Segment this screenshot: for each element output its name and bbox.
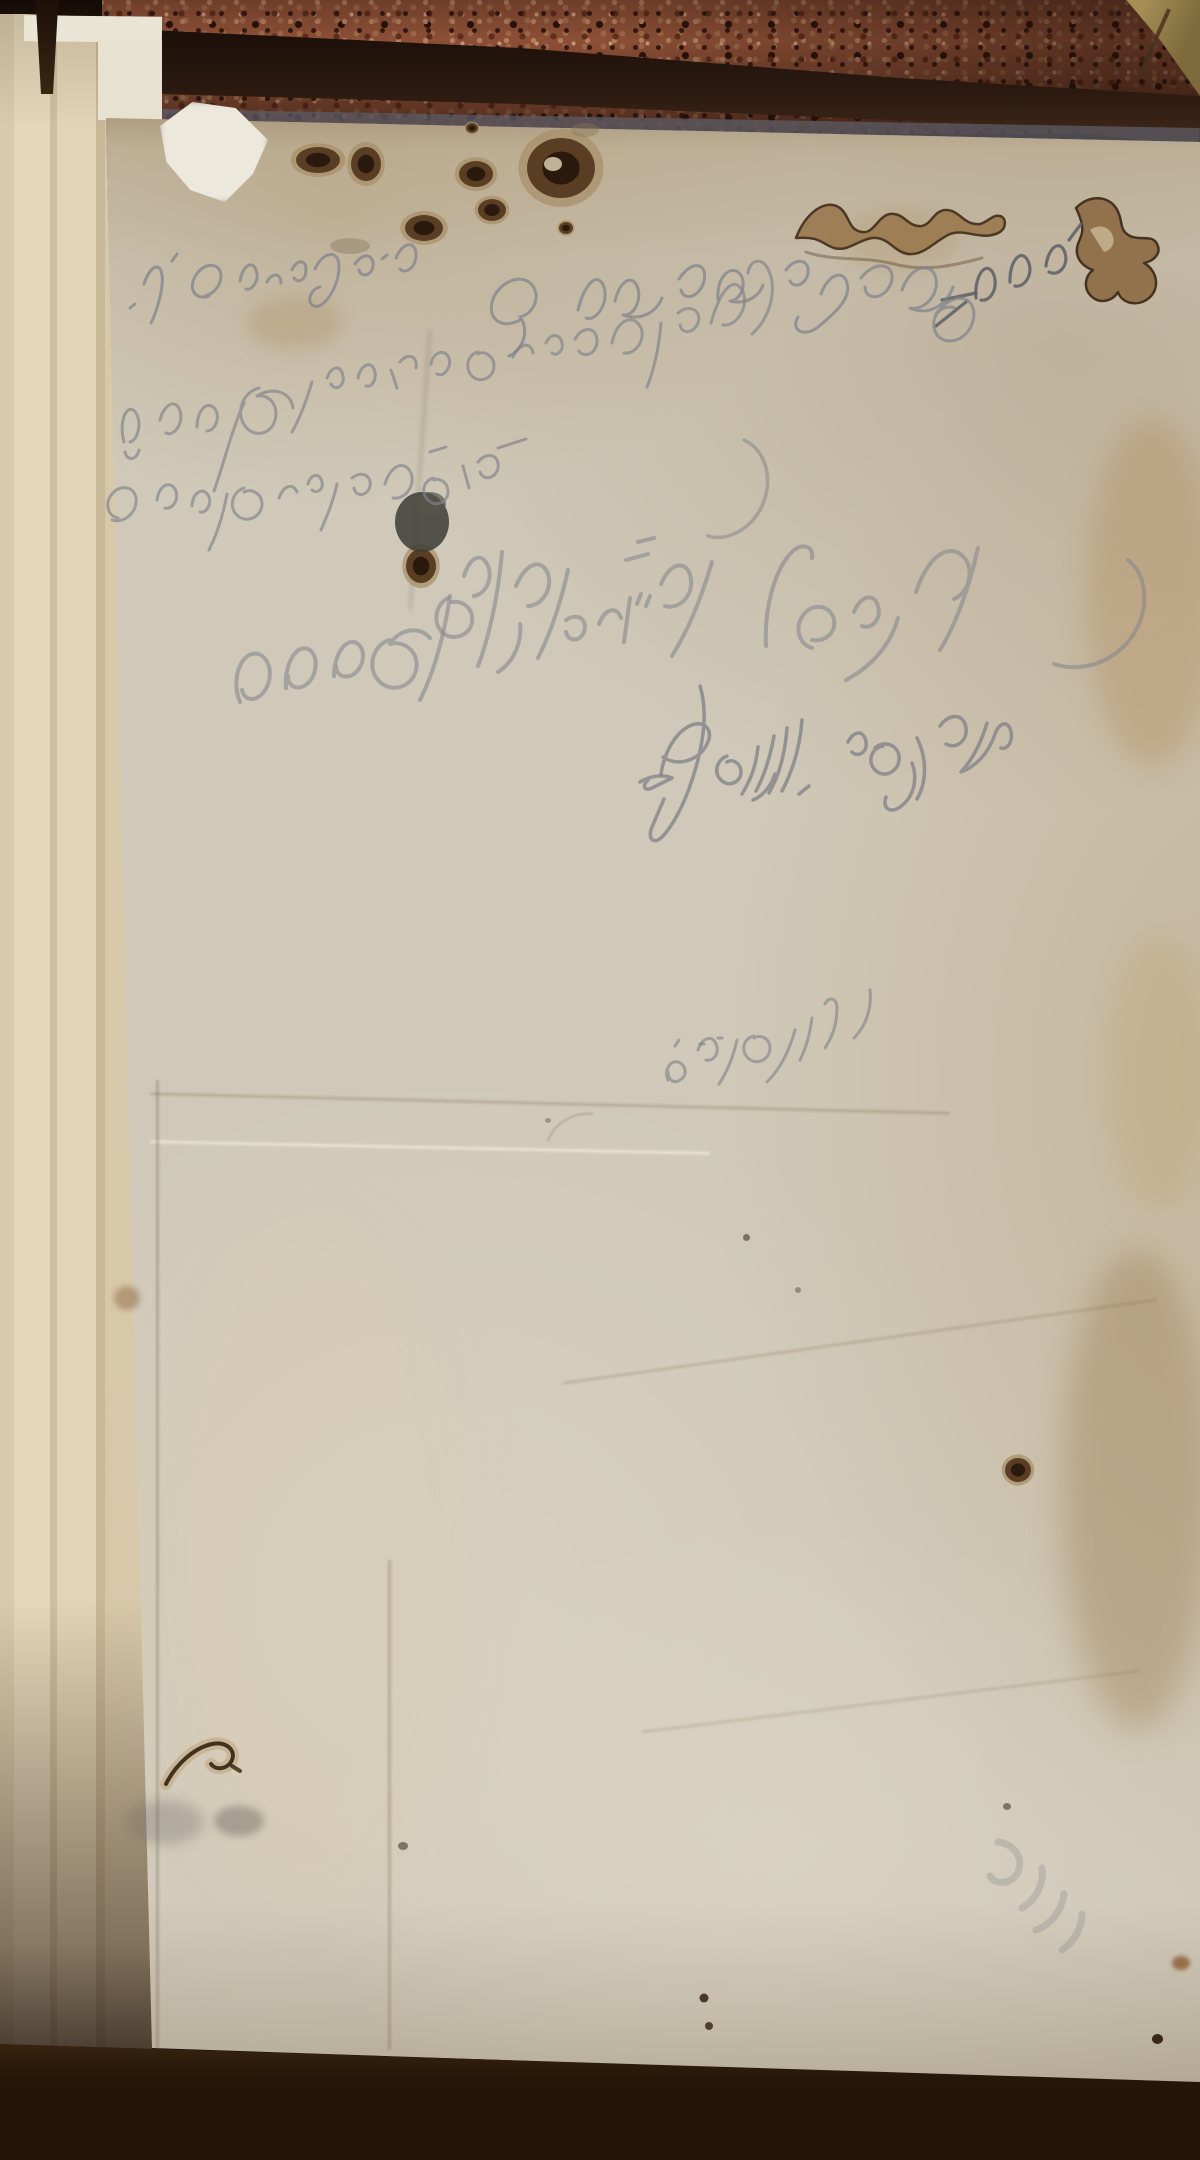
photo-vignette [0, 0, 1200, 2160]
photo-book-flyleaf: Photograph of an aged book endpaper (fly… [0, 0, 1200, 2160]
